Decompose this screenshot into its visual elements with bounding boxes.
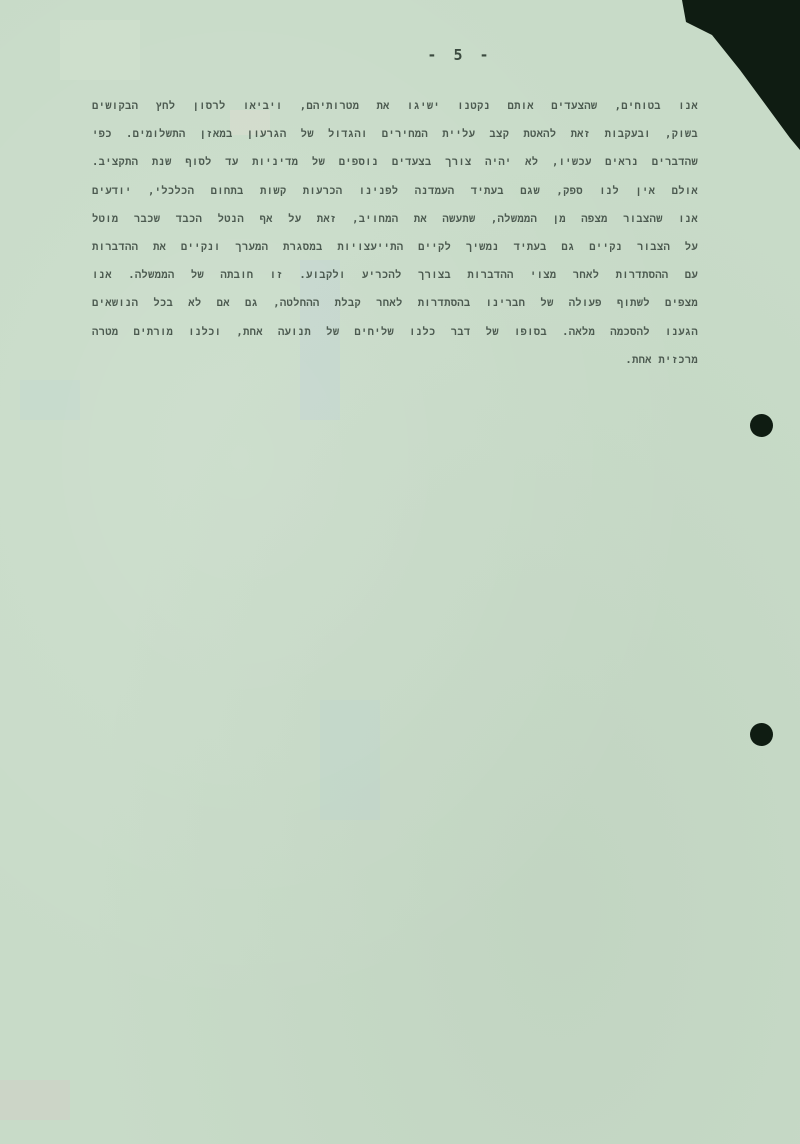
text-line: אנו שהצבור מצפה מן הממשלה, שתעשה את המחו… bbox=[92, 205, 698, 233]
text-line: שהדברים נראים עכשיו, לא יהיה צורך בצעדים… bbox=[92, 148, 698, 176]
text-line: אנו בטוחים, שהצעדים אותם נקטנו ישיגו את … bbox=[92, 92, 698, 120]
text-line: על הצבור נקיים גם בעתיד נמשיך לקיים התיי… bbox=[92, 233, 698, 261]
scanned-page: - 5 - אנו בטוחים, שהצעדים אותם נקטנו ישי… bbox=[0, 0, 800, 1144]
scan-artifact bbox=[0, 1080, 70, 1120]
text-line: מצפים לשתוף פעולה של חברינו בהסתדרות לאח… bbox=[92, 289, 698, 317]
punch-hole bbox=[750, 723, 773, 746]
page-number: - 5 - bbox=[0, 46, 800, 64]
text-line: אולם אין לנו ספק, שגם בעתיד העמדנה לפנינ… bbox=[92, 177, 698, 205]
scan-artifact bbox=[320, 700, 380, 820]
text-line: הגענו להסכמה מלאה. בסופו של דבר כלנו שלי… bbox=[92, 318, 698, 346]
text-line: עם ההסתדרות לאחר מצוי ההדברות בצורך להכר… bbox=[92, 261, 698, 289]
document-body: אנו בטוחים, שהצעדים אותם נקטנו ישיגו את … bbox=[92, 92, 698, 374]
punch-hole bbox=[750, 414, 773, 437]
text-line: בשוק, ובעקבות זאת להאטת קצב עליית המחירי… bbox=[92, 120, 698, 148]
scan-artifact bbox=[20, 380, 80, 420]
text-line: מרכזית אחת. bbox=[92, 346, 698, 374]
